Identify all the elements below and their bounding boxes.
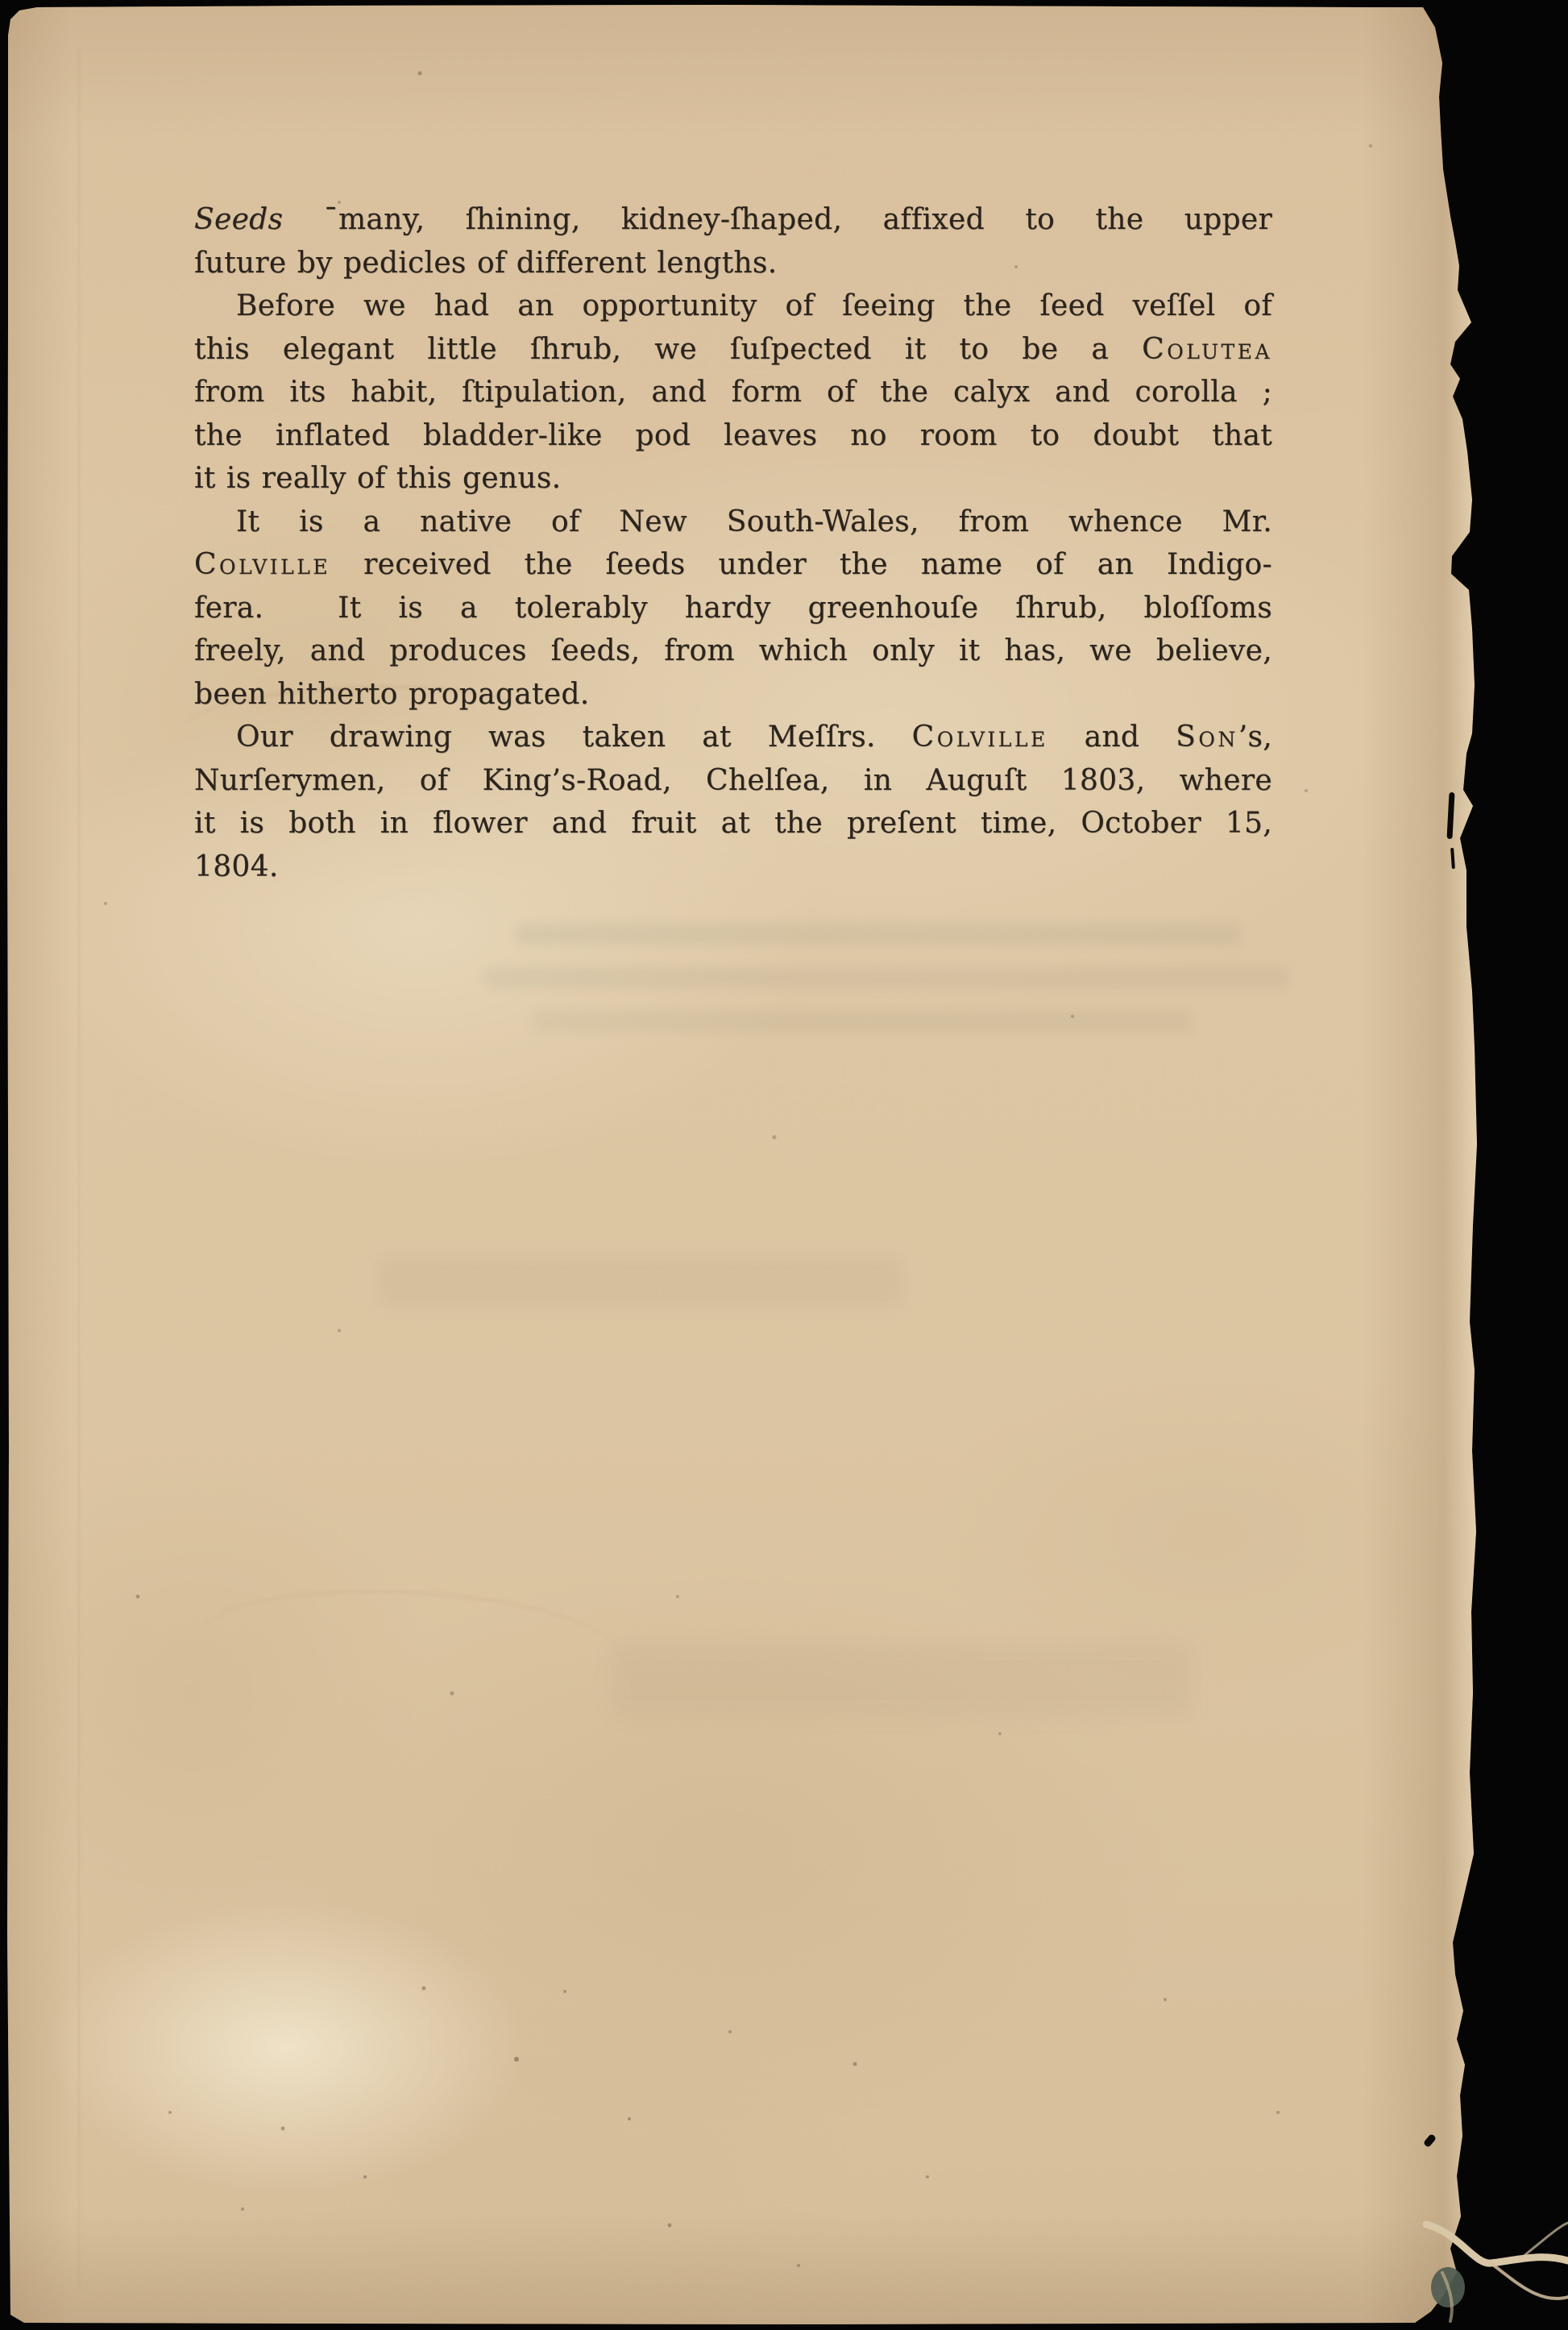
verso-showthrough <box>483 967 1289 988</box>
torn-edge-shading <box>1362 0 1479 2330</box>
text-segment: ¯many, ſhining, kidney-ſhaped, affixed t… <box>283 203 1272 236</box>
text-segment: from its habit, ſtipulation, and form of… <box>194 376 1272 409</box>
text-segment: Our drawing was taken at Meſſrs. <box>236 721 912 754</box>
text-line: freely, and produces ſeeds, from which o… <box>194 629 1272 673</box>
text-line: it is really of this genus. <box>194 457 1272 500</box>
text-line: the inflated bladder-like pod leaves no … <box>194 414 1272 458</box>
book-page: Seeds ¯many, ſhining, kidney-ſhaped, aff… <box>0 0 1568 2330</box>
text-segment: freely, and produces ſeeds, from which o… <box>194 634 1272 667</box>
text-segment: been hitherto propagated. <box>194 678 589 711</box>
top-edge-shading <box>0 0 1568 137</box>
text-line: Our drawing was taken at Meſſrs. Colvill… <box>194 716 1272 759</box>
text-segment: ſuture by pedicles of different lengths. <box>194 247 777 280</box>
text-segment: Seeds <box>194 203 283 236</box>
text-line: fera. It is a tolerably hardy greenhouſe… <box>194 587 1272 630</box>
text-segment: it is both in flower and fruit at the pr… <box>194 807 1272 840</box>
loose-thread <box>1321 2176 1568 2330</box>
verso-showthrough <box>612 1644 1193 1717</box>
text-line: from its habit, ſtipulation, and form of… <box>194 371 1272 414</box>
text-line: ſuture by pedicles of different lengths. <box>194 242 1272 285</box>
text-line: Seeds ¯many, ſhining, kidney-ſhaped, aff… <box>194 198 1272 242</box>
text-line: Colville received the ſeeds under the na… <box>194 543 1272 587</box>
text-segment: ’s, <box>1238 721 1272 754</box>
verso-showthrough <box>379 1257 902 1306</box>
text-segment: It is a native of New South-Wales, from … <box>236 505 1272 538</box>
text-segment: 1804. <box>194 850 279 883</box>
text-segment: Son <box>1176 721 1238 754</box>
text-segment: it is really of this genus. <box>194 462 561 495</box>
text-segment: Colville <box>912 721 1048 754</box>
paper-fold-line <box>78 48 80 2289</box>
text-line: it is both in flower and fruit at the pr… <box>194 802 1272 845</box>
text-line: been hitherto propagated. <box>194 673 1272 716</box>
paper-speckles <box>0 0 2 2</box>
scanner-background: { "scan": { "background_color": "#050505… <box>0 0 1568 2330</box>
text-line: Before we had an opportunity of ſeeing t… <box>194 285 1272 328</box>
text-segment: Nurſerymen, of King’s-Road, Chelſea, in … <box>194 764 1272 797</box>
text-segment: received the ſeeds under the name of an … <box>330 548 1272 581</box>
verso-showthrough <box>532 1011 1193 1032</box>
text-segment: Colville <box>194 548 330 581</box>
left-edge-shading <box>0 0 73 2330</box>
verso-showthrough <box>516 924 1241 945</box>
text-line: 1804. <box>194 845 1272 889</box>
text-segment: this elegant little ſhrub, we ſuſpected … <box>194 333 1142 366</box>
text-segment: the inflated bladder-like pod leaves no … <box>194 419 1272 452</box>
text-segment: Colutea <box>1142 333 1272 366</box>
text-line: It is a native of New South-Wales, from … <box>194 500 1272 544</box>
printed-text-block: Seeds ¯many, ſhining, kidney-ſhaped, aff… <box>194 198 1272 888</box>
text-line: this elegant little ſhrub, we ſuſpected … <box>194 328 1272 372</box>
text-segment: Before we had an opportunity of ſeeing t… <box>236 289 1272 322</box>
text-line: Nurſerymen, of King’s-Road, Chelſea, in … <box>194 759 1272 803</box>
text-segment: fera. It is a tolerably hardy greenhouſe… <box>194 592 1272 625</box>
text-segment: and <box>1048 721 1176 754</box>
